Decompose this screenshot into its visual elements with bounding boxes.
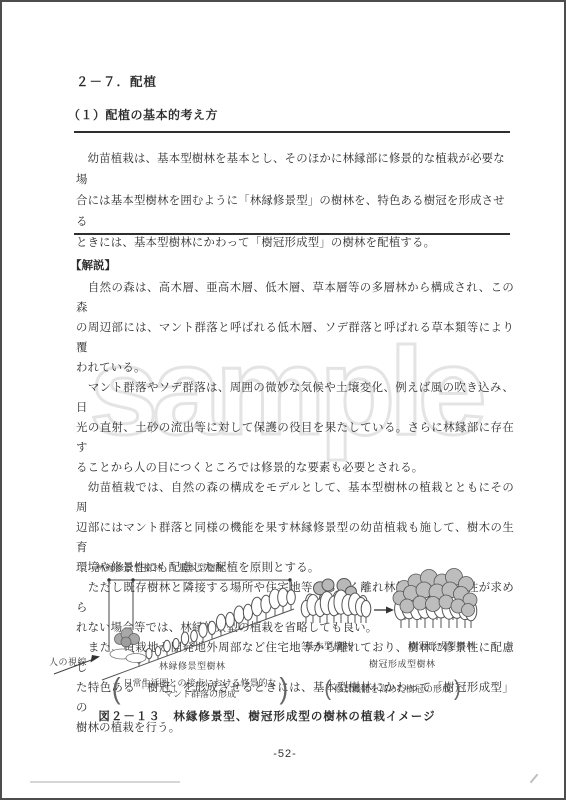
slope-trees (136, 588, 295, 666)
note-close-paren: ) (454, 677, 461, 702)
summary-text: 幼苗植栽は、基本型樹林を基本とし、そのほかに林縁部に修景的な植栽が必要な場 合に… (76, 149, 514, 254)
scan-artifact-streak (30, 781, 180, 783)
scan-artifact-corner-mark (530, 774, 539, 784)
note-open-paren: ( (112, 671, 121, 707)
note-close-paren: ) (280, 671, 289, 707)
crown-forming-diagram (300, 560, 530, 638)
transform-arrow (374, 607, 394, 614)
figure-caption: 図２－１３ 林縁修景型、樹冠形成型の樹林の植栽イメージ (42, 708, 492, 724)
note-open-paren: ( (324, 677, 331, 702)
label-crown-forming-forest-bottom: 樹冠形成型樹林 (369, 657, 436, 670)
summary-box-bottom-rule (74, 233, 510, 235)
section-heading: ２－７．配植 (76, 72, 157, 90)
label-crown-forming-forest: 樹冠形成型樹林 (409, 639, 476, 652)
page-number: -52- (2, 748, 566, 760)
label-basic-forest: 基本型樹林 (305, 639, 353, 652)
mantle-shrub (110, 628, 146, 663)
label-edge-scenic-forest-top: 林縁修景型樹林 (96, 561, 163, 574)
label-sightline: 人の視線 (49, 655, 87, 668)
right-diagram-note: ( 修景機能を高めた樹冠の形成 ) (310, 678, 475, 701)
kaisetsu-label: 【解説】 (70, 257, 116, 273)
summary-box-top-rule (74, 131, 510, 133)
label-edge-scenic-forest-bottom: 林縁修景型樹林 (159, 659, 226, 672)
scanned-document-page: sample ２－７．配植 （１）配植の基本的考え方 幼苗植栽は、基本型樹林を基… (0, 0, 566, 800)
subsection-heading: （１）配植の基本的考え方 (68, 106, 218, 123)
crown-forming-cluster (393, 569, 477, 629)
label-basic-forest-top: 基本型樹林 (178, 561, 226, 574)
basic-forest-cluster (301, 579, 371, 624)
left-diagram-note: ( 日常生活圏との接点における修景的な マント群落の形成 ) (100, 673, 300, 704)
